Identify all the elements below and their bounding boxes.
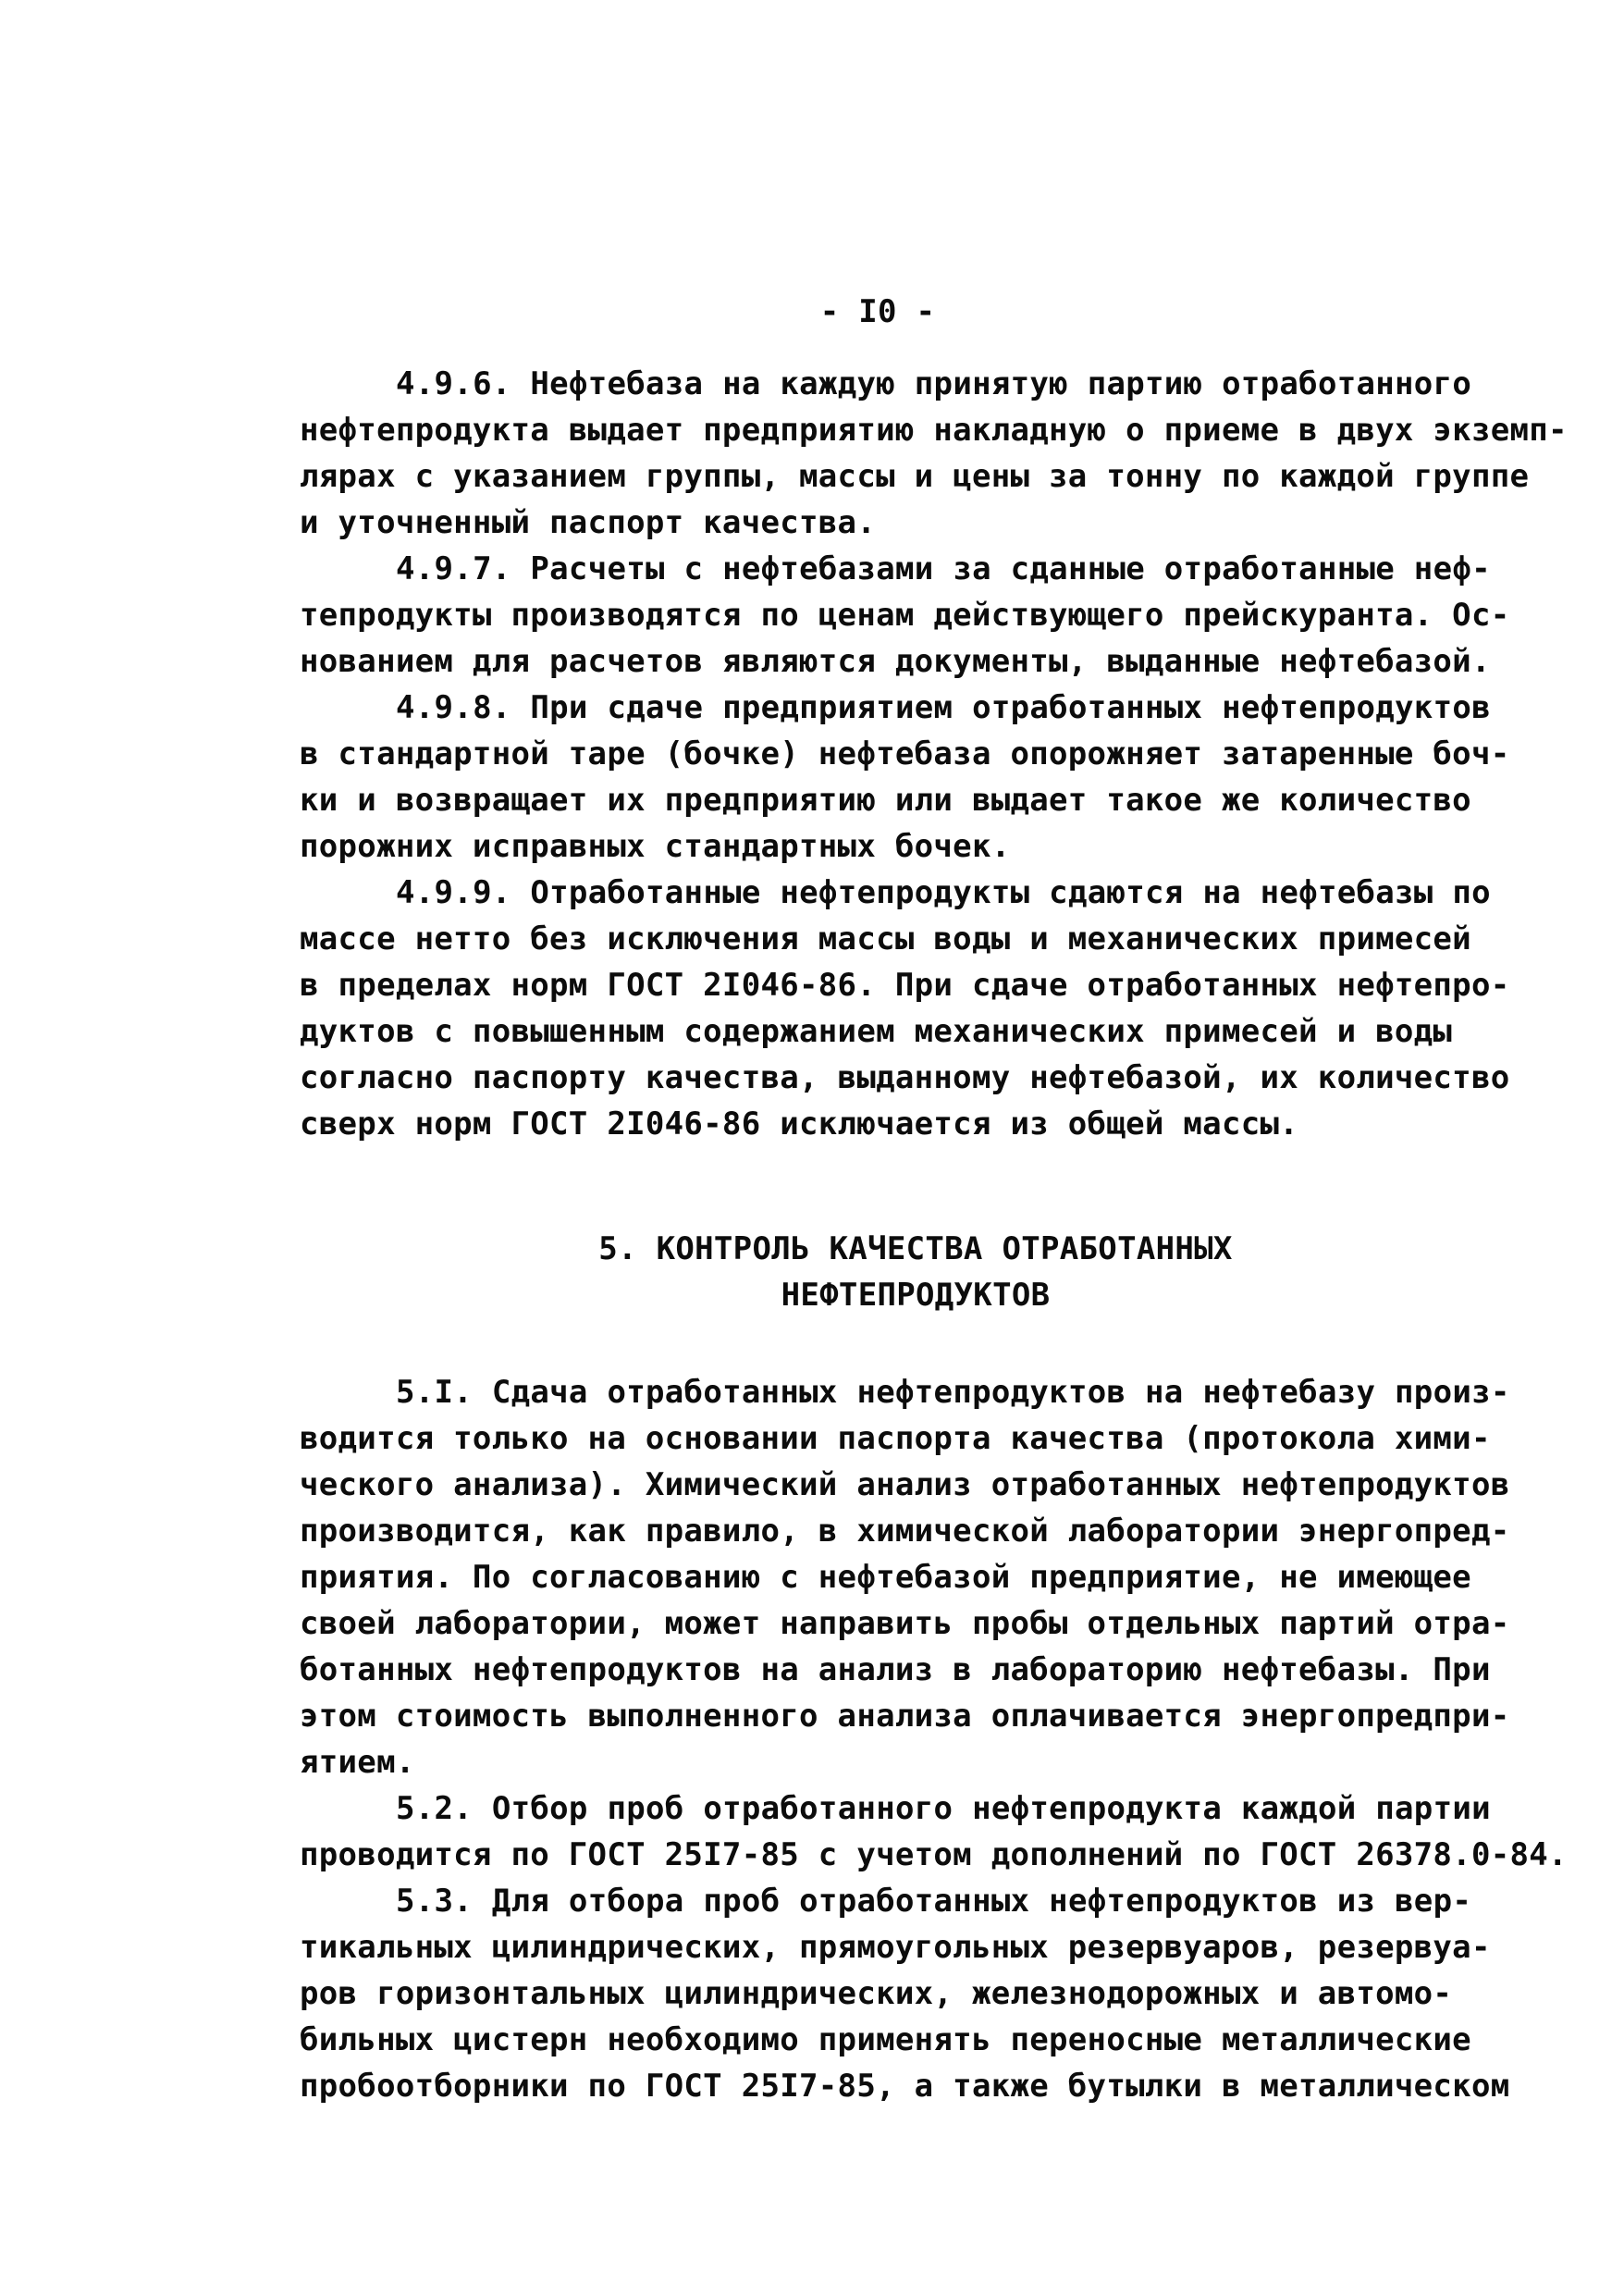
text-line: ботанных нефтепродуктов на анализ в лабо…: [300, 1647, 1581, 1693]
text-line: проводится по ГОСТ 25I7-85 с учетом допо…: [300, 1832, 1581, 1878]
section-5-heading-line-1: 5. КОНТРОЛЬ КАЧЕСТВА ОТРАБОТАННЫХ: [275, 1226, 1556, 1272]
text-line: своей лаборатории, может направить пробы…: [300, 1600, 1581, 1647]
text-block: - I0 - 4.9.6. Нефтебаза на каждую принят…: [300, 289, 1581, 2109]
paragraph-5.1: 5.I. Сдача отработанных нефтепродуктов н…: [300, 1369, 1581, 1785]
text-line: согласно паспорту качества, выданному не…: [300, 1055, 1581, 1101]
text-line: ческого анализа). Химический анализ отра…: [300, 1462, 1581, 1508]
text-line: сверх норм ГОСТ 2I046-86 исключается из …: [300, 1101, 1581, 1147]
text-line: массе нетто без исключения массы воды и …: [300, 916, 1581, 962]
text-line: 5.2. Отбор проб отработанного нефтепроду…: [300, 1785, 1581, 1832]
paragraph-4.9.7: 4.9.7. Расчеты с нефтебазами за сданные …: [300, 546, 1581, 685]
text-line: 4.9.8. При сдаче предприятием отработанн…: [300, 685, 1581, 731]
scanned-document-page: - I0 - 4.9.6. Нефтебаза на каждую принят…: [0, 0, 1624, 2285]
text-line: 4.9.9. Отработанные нефтепродукты сдаютс…: [300, 870, 1581, 916]
page-number: - I0 -: [237, 289, 1519, 335]
text-line: 4.9.7. Расчеты с нефтебазами за сданные …: [300, 546, 1581, 592]
paragraph-5.3: 5.3. Для отбора проб отработанных нефтеп…: [300, 1878, 1581, 2109]
text-line: водится только на основании паспорта кач…: [300, 1415, 1581, 1462]
section-4-paragraphs: 4.9.6. Нефтебаза на каждую принятую парт…: [300, 361, 1581, 1147]
text-line: ки и возвращает их предприятию или выдае…: [300, 777, 1581, 823]
section-5-heading: 5. КОНТРОЛЬ КАЧЕСТВА ОТРАБОТАННЫХ НЕФТЕП…: [275, 1226, 1556, 1318]
text-line: в пределах норм ГОСТ 2I046-86. При сдаче…: [300, 962, 1581, 1008]
text-line: 5.I. Сдача отработанных нефтепродуктов н…: [300, 1369, 1581, 1415]
text-line: бильных цистерн необходимо применять пер…: [300, 2017, 1581, 2063]
text-line: лярах с указанием группы, массы и цены з…: [300, 453, 1581, 500]
text-line: 5.3. Для отбора проб отработанных нефтеп…: [300, 1878, 1581, 1924]
text-line: производится, как правило, в химической …: [300, 1508, 1581, 1554]
paragraph-4.9.9: 4.9.9. Отработанные нефтепродукты сдаютс…: [300, 870, 1581, 1147]
paragraph-4.9.8: 4.9.8. При сдаче предприятием отработанн…: [300, 685, 1581, 870]
text-line: и уточненный паспорт качества.: [300, 500, 1581, 546]
text-line: тепродукты производятся по ценам действу…: [300, 592, 1581, 638]
text-line: ятием.: [300, 1739, 1581, 1785]
section-5-paragraphs: 5.I. Сдача отработанных нефтепродуктов н…: [300, 1369, 1581, 2109]
text-line: этом стоимость выполненного анализа опла…: [300, 1693, 1581, 1739]
text-line: ров горизонтальных цилиндрических, желез…: [300, 1970, 1581, 2017]
text-line: 4.9.6. Нефтебаза на каждую принятую парт…: [300, 361, 1581, 407]
paragraph-5.2: 5.2. Отбор проб отработанного нефтепроду…: [300, 1785, 1581, 1878]
section-5-heading-line-2: НЕФТЕПРОДУКТОВ: [275, 1272, 1556, 1318]
text-line: приятия. По согласованию с нефтебазой пр…: [300, 1554, 1581, 1600]
text-line: нованием для расчетов являются документы…: [300, 638, 1581, 685]
text-line: дуктов с повышенным содержанием механиче…: [300, 1008, 1581, 1055]
text-line: нефтепродукта выдает предприятию накладн…: [300, 407, 1581, 453]
paragraph-4.9.6: 4.9.6. Нефтебаза на каждую принятую парт…: [300, 361, 1581, 546]
text-line: в стандартной таре (бочке) нефтебаза опо…: [300, 731, 1581, 777]
text-line: пробоотборники по ГОСТ 25I7-85, а также …: [300, 2063, 1581, 2109]
text-line: тикальных цилиндрических, прямоугольных …: [300, 1924, 1581, 1970]
text-line: порожних исправных стандартных бочек.: [300, 823, 1581, 870]
